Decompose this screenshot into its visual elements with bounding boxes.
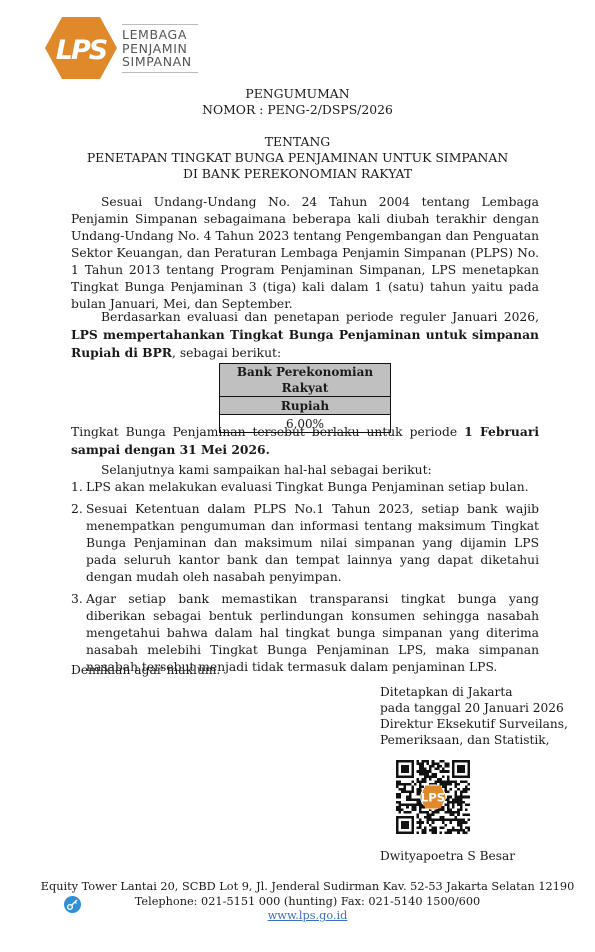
list-item-text: LPS akan melakukan evaluasi Tingkat Bung… <box>86 480 529 494</box>
announcement-number: NOMOR : PENG-2/DSPS/2026 <box>0 102 595 118</box>
lps-logo: LPS LEMBAGA PENJAMIN SIMPANAN <box>44 16 244 80</box>
announcement-subject: TENTANG PENETAPAN TINGKAT BUNGA PENJAMIN… <box>0 134 595 182</box>
website-link[interactable]: www.lps.go.id <box>268 909 348 922</box>
paragraph-2-bold: LPS mempertahankan Tingkat Bunga Penjami… <box>71 327 539 360</box>
svg-text:LPS: LPS <box>56 35 107 66</box>
footer: Equity Tower Lantai 20, SCBD Lot 9, Jl. … <box>0 880 595 924</box>
paragraph-3-text: Tingkat Bunga Penjaminan tersebut berlak… <box>71 425 464 439</box>
list-item: 1. LPS akan melakukan evaluasi Tingkat B… <box>71 479 539 496</box>
table-header-bank-type: Bank Perekonomian Rakyat <box>220 364 391 397</box>
closing-statement: Demikian agar maklum. <box>71 662 539 679</box>
footer-phone: Telephone: 021-5151 000 (hunting) Fax: 0… <box>0 895 595 910</box>
logo-wordmark: LEMBAGA PENJAMIN SIMPANAN <box>122 24 198 73</box>
svg-text:LPS: LPS <box>421 791 446 805</box>
paragraph-intro-list: Selanjutnya kami sampaikan hal-hal sebag… <box>71 462 539 479</box>
signature-date: pada tanggal 20 Januari 2026 <box>380 700 568 716</box>
subject-line-1: PENETAPAN TINGKAT BUNGA PENJAMINAN UNTUK… <box>0 150 595 166</box>
signature-place: Ditetapkan di Jakarta <box>380 684 568 700</box>
lps-hexagon-logo-icon: LPS <box>44 16 118 80</box>
logo-line-1: LEMBAGA <box>122 28 192 42</box>
signature-position-1: Direktur Eksekutif Surveilans, <box>380 716 568 732</box>
logo-line-2: PENJAMIN <box>122 42 192 56</box>
list-item-number: 1. <box>71 479 83 496</box>
list-item-number: 3. <box>71 591 83 608</box>
notice-list: 1. LPS akan melakukan evaluasi Tingkat B… <box>71 479 539 681</box>
announcement-title: PENGUMUMAN <box>0 86 595 102</box>
list-item-number: 2. <box>71 501 83 518</box>
signature-block: Ditetapkan di Jakarta pada tanggal 20 Ja… <box>380 684 568 748</box>
signature-position-2: Pemeriksaan, dan Statistik, <box>380 732 568 748</box>
paragraph-legal-basis: Sesuai Undang-Undang No. 24 Tahun 2004 t… <box>71 194 539 313</box>
qr-code-signature-icon: LPS <box>396 760 470 834</box>
announcement-heading: PENGUMUMAN NOMOR : PENG-2/DSPS/2026 <box>0 86 595 118</box>
list-item: 2. Sesuai Ketentuan dalam PLPS No.1 Tahu… <box>71 501 539 586</box>
signer-name: Dwityapoetra S Besar <box>380 849 515 863</box>
paragraph-2-tail: , sebagai berikut: <box>172 346 281 360</box>
paragraph-1-text: Sesuai Undang-Undang No. 24 Tahun 2004 t… <box>71 195 539 311</box>
table-header-currency: Rupiah <box>220 397 391 415</box>
paragraph-4-text: Selanjutnya kami sampaikan hal-hal sebag… <box>101 463 432 477</box>
about-label: TENTANG <box>0 134 595 150</box>
closing-text: Demikian agar maklum. <box>71 663 220 677</box>
paragraph-period: Tingkat Bunga Penjaminan tersebut berlak… <box>71 423 539 459</box>
paragraph-decision: Berdasarkan evaluasi dan penetapan perio… <box>71 309 539 362</box>
footer-address: Equity Tower Lantai 20, SCBD Lot 9, Jl. … <box>0 880 595 895</box>
list-item-text: Sesuai Ketentuan dalam PLPS No.1 Tahun 2… <box>86 502 539 584</box>
logo-line-3: SIMPANAN <box>122 55 192 69</box>
subject-line-2: DI BANK PEREKONOMIAN RAKYAT <box>0 166 595 182</box>
paragraph-2-text: Berdasarkan evaluasi dan penetapan perio… <box>101 310 539 324</box>
